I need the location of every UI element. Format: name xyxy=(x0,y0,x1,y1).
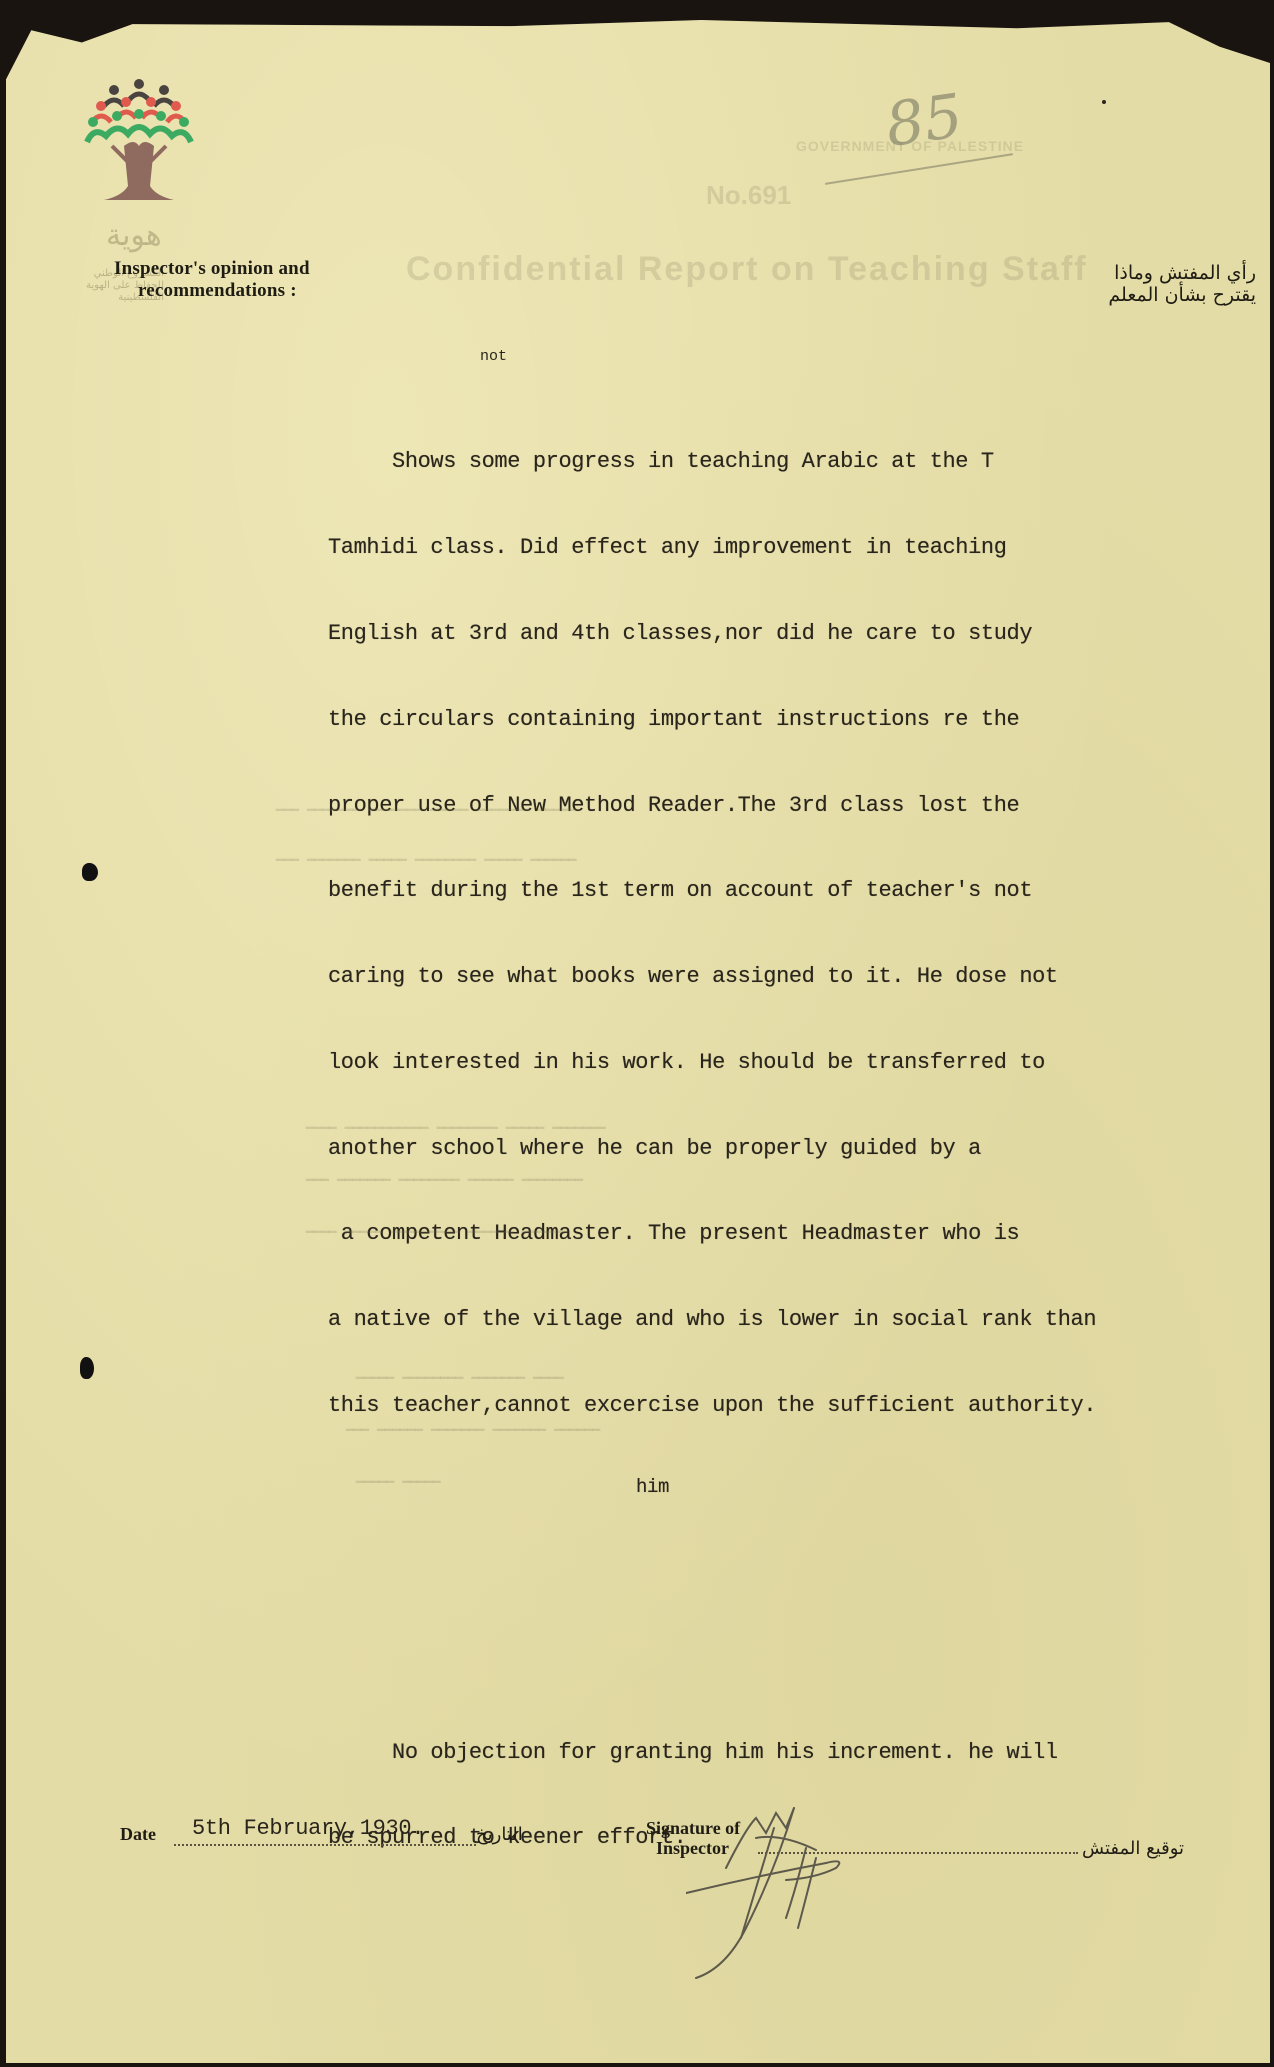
bleed-through-handwriting: ــــ ـــــــ ــــــــ ـــــ xyxy=(356,1356,564,1386)
date-label: Date xyxy=(120,1824,156,1845)
bleed-through-handwriting: ـــــ ـــــــ ـــــ ـــــــ ـــــــ ـــ xyxy=(276,788,576,818)
tree-people-logo-icon xyxy=(84,76,194,216)
ink-blot xyxy=(80,1357,94,1379)
text-line: Shows some progress in teaching Arabic a… xyxy=(328,448,1228,477)
handwritten-signature-icon xyxy=(686,1788,1006,1988)
bleed-through-handwriting: ـــــــ ـــــ ــــــــ ـــــــــــ ــــ xyxy=(306,1106,606,1136)
bleed-through-handwriting: ــــــــ ــــــ ــــــــ ـــــــ ـــ xyxy=(306,1158,583,1188)
date-dotted-line xyxy=(174,1844,476,1846)
text-line: Tamhidi class. Did effect any improvemen… xyxy=(328,534,1228,563)
inspector-opinion-text: Shows some progress in teaching Arabic a… xyxy=(328,334,1228,1967)
text-line: caring to see what books were assigned t… xyxy=(328,963,1228,992)
page-number-underline xyxy=(825,153,1013,185)
text-line: him xyxy=(328,1478,1228,1496)
bleed-through-handwriting: ـــــ ـــــ xyxy=(356,1460,440,1490)
date-label-ar: التاريخ xyxy=(476,1824,523,1845)
section-label-line1: Inspector's opinion and xyxy=(114,258,310,279)
text-line: look interested in his work. He should b… xyxy=(328,1049,1228,1078)
ghost-report-title: Confidential Report on Teaching Staff xyxy=(406,250,1088,289)
bleed-through-handwriting: ــــــ ــــــ ـــــــــ ـــــ ــــ xyxy=(306,1210,568,1240)
section-label-ar: رأي المفتش وماذا يقترح بشأن المعلم xyxy=(1106,262,1256,306)
date-value: 5th February,1930. xyxy=(192,1816,424,1841)
logo-wordmark: هوية xyxy=(106,218,162,253)
ink-blot xyxy=(82,863,98,881)
document-page: هوية المشروع الوطني للحفاظ على الهوية ال… xyxy=(6,18,1270,2063)
text-line: English at 3rd and 4th classes,nor did h… xyxy=(328,620,1228,649)
text-line: No objection for granting him his increm… xyxy=(328,1739,1228,1768)
signature-label-ar: توقيع المفتش xyxy=(1082,1838,1184,1859)
text-line: the circulars containing important instr… xyxy=(328,706,1228,735)
ghost-form-number: No.691 xyxy=(706,180,791,211)
ink-dot xyxy=(1102,100,1106,104)
section-label-en: Inspector's opinion and recommendations … xyxy=(114,258,310,302)
text-line: benefit during the 1st term on account o… xyxy=(328,877,1228,906)
text-line: a native of the village and who is lower… xyxy=(328,1306,1228,1335)
bleed-through-handwriting: ــــــ ـــــ ــــــــ ـــــ ـــــــ ـــ xyxy=(276,838,576,868)
section-label-line2: recommendations : xyxy=(114,280,310,302)
handwritten-page-number: 85 xyxy=(882,81,967,161)
interlinear-insert: not xyxy=(480,348,507,365)
bleed-through-handwriting: ــــــ ـــــــ ـــــــ ــــــ ـــ xyxy=(346,1408,600,1438)
